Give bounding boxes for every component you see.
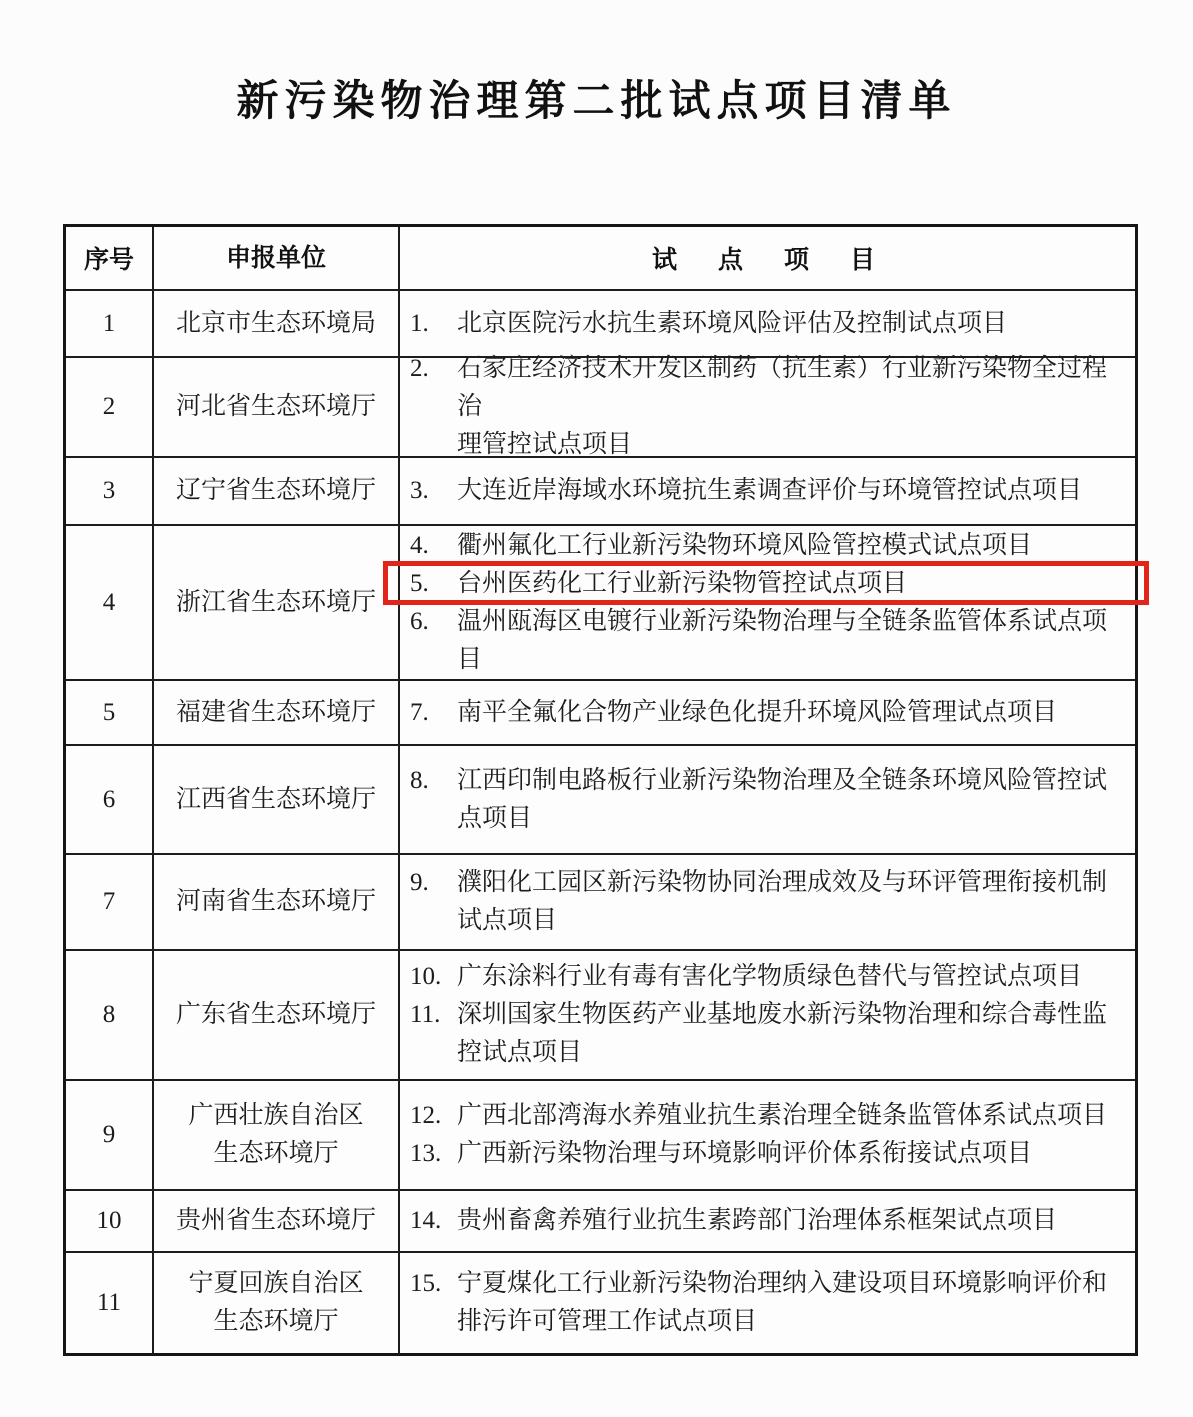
project-text: 广西北部湾海水养殖业抗生素治理全链条监管体系试点项目 [457,1102,1107,1129]
org-name: 河北省生态环境厅 [154,358,400,456]
row-number: 9 [66,1081,154,1189]
org-name: 北京市生态环境局 [154,291,400,356]
project-text: 贵州畜禽养殖行业抗生素跨部门治理体系框架试点项目 [457,1207,1057,1234]
projects-cell: 12.广西北部湾海水养殖业抗生素治理全链条监管体系试点项目 13.广西新污染物治… [400,1081,1135,1189]
row-number: 5 [66,681,154,744]
project-item: 10.广东涂料行业有毒有害化学物质绿色替代与管控试点项目 [410,958,1127,996]
org-name: 辽宁省生态环境厅 [154,458,400,524]
table-row: 11 宁夏回族自治区 生态环境厅 15.宁夏煤化工行业新污染物治理纳入建设项目环… [66,1253,1135,1353]
org-name: 广西壮族自治区 生态环境厅 [154,1081,400,1189]
project-number: 12. [410,1097,441,1135]
project-item: 15.宁夏煤化工行业新污染物治理纳入建设项目环境影响评价和 排污许可管理工作试点… [410,1265,1127,1341]
projects-cell: 15.宁夏煤化工行业新污染物治理纳入建设项目环境影响评价和 排污许可管理工作试点… [400,1253,1135,1353]
table-row: 8 广东省生态环境厅 10.广东涂料行业有毒有害化学物质绿色替代与管控试点项目 … [66,951,1135,1081]
project-text: 北京医院污水抗生素环境风险评估及控制试点项目 [457,310,1007,337]
project-item: 4.衢州氟化工行业新污染物环境风险管控模式试点项目 [410,527,1127,565]
row-number: 4 [66,526,154,679]
table-row: 4 浙江省生态环境厅 4.衢州氟化工行业新污染物环境风险管控模式试点项目 5.台… [66,526,1135,681]
table-row: 7 河南省生态环境厅 9.濮阳化工园区新污染物协同治理成效及与环评管理衔接机制 … [66,855,1135,951]
projects-cell: 3.大连近岸海域水环境抗生素调查评价与环境管控试点项目 [400,458,1135,524]
org-name: 江西省生态环境厅 [154,746,400,853]
project-number: 1. [410,305,429,343]
header-pilot-project: 试 点 项 目 [400,227,1135,289]
row-number: 3 [66,458,154,524]
project-text: 宁夏煤化工行业新污染物治理纳入建设项目环境影响评价和 排污许可管理工作试点项目 [457,1270,1107,1335]
row-number: 10 [66,1191,154,1251]
project-number: 14. [410,1202,441,1240]
row-number: 7 [66,855,154,949]
project-text: 广西新污染物治理与环境影响评价体系衔接试点项目 [457,1140,1032,1167]
project-text: 大连近岸海域水环境抗生素调查评价与环境管控试点项目 [457,477,1082,504]
projects-cell: 10.广东涂料行业有毒有害化学物质绿色替代与管控试点项目 11.深圳国家生物医药… [400,951,1135,1079]
project-number: 7. [410,694,429,732]
project-text: 石家庄经济技术开发区制药（抗生素）行业新污染物全过程治 理管控试点项目 [457,355,1107,458]
project-number: 4. [410,527,429,565]
project-number: 8. [410,762,429,800]
project-item: 8.江西印制电路板行业新污染物治理及全链条环境风险管控试 点项目 [410,762,1127,838]
project-number: 2. [410,350,429,388]
project-item: 1.北京医院污水抗生素环境风险评估及控制试点项目 [410,305,1127,343]
project-text: 深圳国家生物医药产业基地废水新污染物治理和综合毒性监 控试点项目 [457,1001,1107,1066]
project-number: 5. [410,565,429,603]
project-item: 3.大连近岸海域水环境抗生素调查评价与环境管控试点项目 [410,472,1127,510]
project-number: 15. [410,1265,441,1303]
project-item: 7.南平全氟化合物产业绿色化提升环境风险管理试点项目 [410,694,1127,732]
project-number: 11. [410,996,440,1034]
row-number: 8 [66,951,154,1079]
org-name: 广东省生态环境厅 [154,951,400,1079]
project-item: 14.贵州畜禽养殖行业抗生素跨部门治理体系框架试点项目 [410,1202,1127,1240]
project-text: 南平全氟化合物产业绿色化提升环境风险管理试点项目 [457,699,1057,726]
project-item: 6.温州瓯海区电镀行业新污染物治理与全链条监管体系试点项目 [410,603,1127,679]
table-row: 9 广西壮族自治区 生态环境厅 12.广西北部湾海水养殖业抗生素治理全链条监管体… [66,1081,1135,1191]
projects-cell: 14.贵州畜禽养殖行业抗生素跨部门治理体系框架试点项目 [400,1191,1135,1251]
project-text: 江西印制电路板行业新污染物治理及全链条环境风险管控试 点项目 [457,767,1107,832]
project-text: 台州医药化工行业新污染物管控试点项目 [457,570,907,597]
org-name: 河南省生态环境厅 [154,855,400,949]
project-text: 广东涂料行业有毒有害化学物质绿色替代与管控试点项目 [457,963,1082,990]
row-number: 1 [66,291,154,356]
org-name: 宁夏回族自治区 生态环境厅 [154,1253,400,1353]
project-number: 3. [410,472,429,510]
project-item: 11.深圳国家生物医药产业基地废水新污染物治理和综合毒性监 控试点项目 [410,996,1127,1072]
project-item: 9.濮阳化工园区新污染物协同治理成效及与环评管理衔接机制 试点项目 [410,864,1127,940]
projects-cell: 1.北京医院污水抗生素环境风险评估及控制试点项目 [400,291,1135,356]
project-number: 10. [410,958,441,996]
table-row: 10 贵州省生态环境厅 14.贵州畜禽养殖行业抗生素跨部门治理体系框架试点项目 [66,1191,1135,1253]
org-name: 贵州省生态环境厅 [154,1191,400,1251]
org-name: 福建省生态环境厅 [154,681,400,744]
projects-cell: 9.濮阳化工园区新污染物协同治理成效及与环评管理衔接机制 试点项目 [400,855,1135,949]
document-title: 新污染物治理第二批试点项目清单 [0,68,1193,128]
project-text: 衢州氟化工行业新污染物环境风险管控模式试点项目 [457,532,1032,559]
table-row: 2 河北省生态环境厅 2.石家庄经济技术开发区制药（抗生素）行业新污染物全过程治… [66,358,1135,458]
row-number: 11 [66,1253,154,1353]
project-text: 濮阳化工园区新污染物协同治理成效及与环评管理衔接机制 试点项目 [457,869,1107,934]
project-number: 13. [410,1135,441,1173]
project-number: 9. [410,864,429,902]
table-header-row: 序号 申报单位 试 点 项 目 [66,227,1135,291]
row-number: 6 [66,746,154,853]
table-row: 1 北京市生态环境局 1.北京医院污水抗生素环境风险评估及控制试点项目 [66,291,1135,358]
table-row: 6 江西省生态环境厅 8.江西印制电路板行业新污染物治理及全链条环境风险管控试 … [66,746,1135,855]
projects-cell: 8.江西印制电路板行业新污染物治理及全链条环境风险管控试 点项目 [400,746,1135,853]
project-item: 12.广西北部湾海水养殖业抗生素治理全链条监管体系试点项目 [410,1097,1127,1135]
projects-cell: 4.衢州氟化工行业新污染物环境风险管控模式试点项目 5.台州医药化工行业新污染物… [400,526,1135,679]
project-text: 温州瓯海区电镀行业新污染物治理与全链条监管体系试点项目 [457,608,1107,673]
project-item: 2.石家庄经济技术开发区制药（抗生素）行业新污染物全过程治 理管控试点项目 [410,350,1127,464]
projects-cell: 7.南平全氟化合物产业绿色化提升环境风险管理试点项目 [400,681,1135,744]
row-number: 2 [66,358,154,456]
projects-cell: 2.石家庄经济技术开发区制药（抗生素）行业新污染物全过程治 理管控试点项目 [400,358,1135,456]
org-name: 浙江省生态环境厅 [154,526,400,679]
header-seq-no: 序号 [66,227,154,289]
table-row: 5 福建省生态环境厅 7.南平全氟化合物产业绿色化提升环境风险管理试点项目 [66,681,1135,746]
projects-table: 序号 申报单位 试 点 项 目 1 北京市生态环境局 1.北京医院污水抗生素环境… [63,224,1138,1356]
project-number: 6. [410,603,429,641]
header-declaring-unit: 申报单位 [154,227,400,289]
project-item-highlighted: 5.台州医药化工行业新污染物管控试点项目 [410,565,1127,603]
project-item: 13.广西新污染物治理与环境影响评价体系衔接试点项目 [410,1135,1127,1173]
table-row: 3 辽宁省生态环境厅 3.大连近岸海域水环境抗生素调查评价与环境管控试点项目 [66,458,1135,526]
